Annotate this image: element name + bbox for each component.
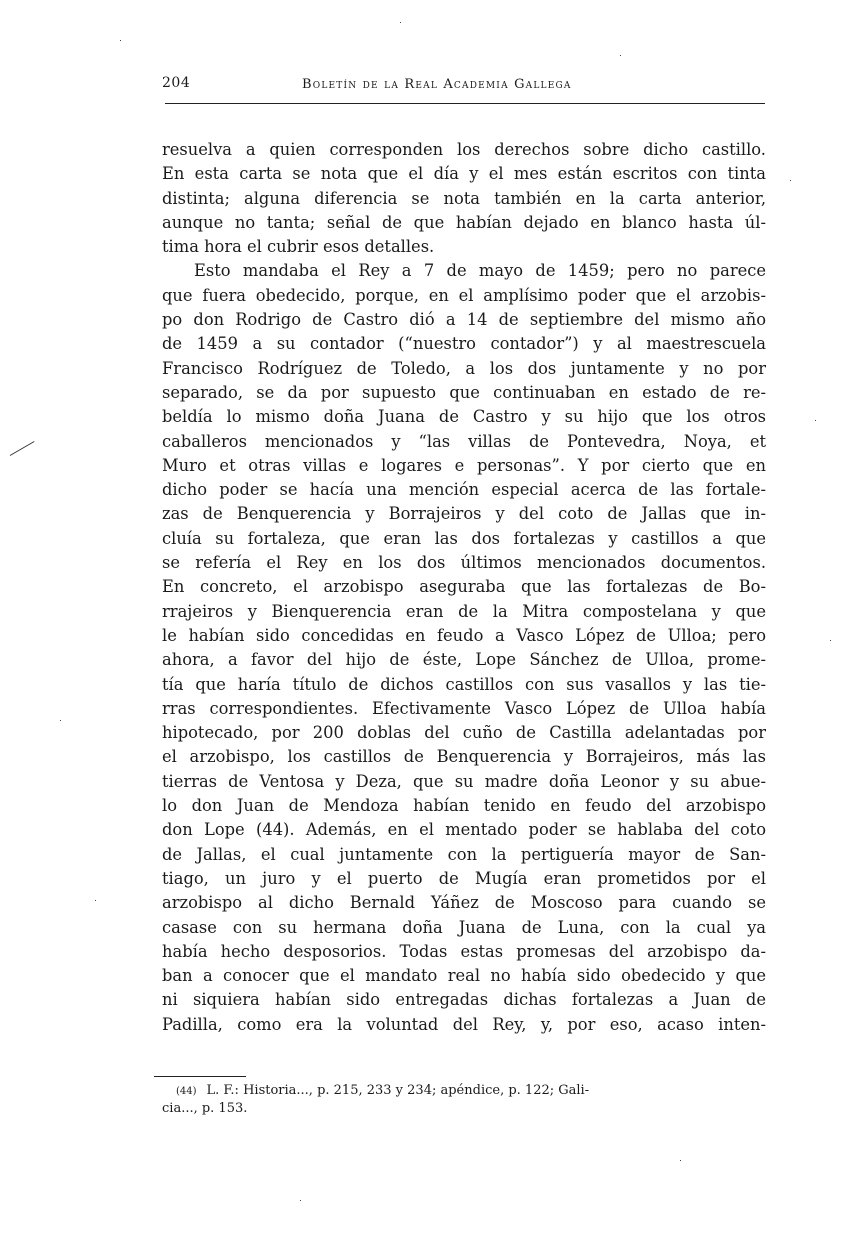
- text-line: cluía su fortaleza, que eran las dos for…: [162, 527, 766, 551]
- running-head: 204 Boletín de la Real Academia Gallega: [162, 75, 767, 97]
- text-line: ahora, a favor del hijo de éste, Lope Sá…: [162, 648, 766, 672]
- text-line: casase con su hermana doña Juana de Luna…: [162, 916, 766, 940]
- text-line: rrajeiros y Bienquerencia eran de la Mit…: [162, 600, 766, 624]
- text-line: zas de Benquerencia y Borrajeiros y del …: [162, 502, 766, 526]
- scan-speckle: [620, 55, 621, 56]
- journal-title: Boletín de la Real Academia Gallega: [302, 77, 572, 92]
- text-line: beldía lo mismo doña Juana de Castro y s…: [162, 405, 766, 429]
- paragraph-start-line: Esto mandaba el Rey a 7 de mayo de 1459;…: [162, 259, 766, 283]
- text-line: le habían sido concedidas en feudo a Vas…: [162, 624, 766, 648]
- footnotes: (44)L. F.: Historia..., p. 215, 233 y 23…: [162, 1082, 766, 1117]
- header-rule: [165, 103, 765, 104]
- text-line: dicho poder se hacía una mención especia…: [162, 478, 766, 502]
- text-line: ni siquiera habían sido entregadas dicha…: [162, 988, 766, 1012]
- scan-speckle: [120, 40, 121, 41]
- text-line: que fuera obedecido, porque, en el amplí…: [162, 284, 766, 308]
- text-line: tierras de Ventosa y Deza, que su madre …: [162, 770, 766, 794]
- text-line: arzobispo al dicho Bernald Yáñez de Mosc…: [162, 891, 766, 915]
- text-line: rras correspondientes. Efectivamente Vas…: [162, 697, 766, 721]
- text-line: resuelva a quien corresponden los derech…: [162, 138, 766, 162]
- text-line: Muro et otras villas e logares e persona…: [162, 454, 766, 478]
- text-line: don Lope (44). Además, en el mentado pod…: [162, 818, 766, 842]
- scan-speckle: [830, 640, 831, 641]
- text-line: En concreto, el arzobispo aseguraba que …: [162, 575, 766, 599]
- text-line: de Jallas, el cual juntamente con la per…: [162, 843, 766, 867]
- text-line: Padilla, como era la voluntad del Rey, y…: [162, 1013, 766, 1037]
- text-line: tiago, un juro y el puerto de Mugía eran…: [162, 867, 766, 891]
- scan-speckle: [680, 1160, 681, 1161]
- page-number: 204: [162, 75, 190, 91]
- text-line: caballeros mencionados y “las villas de …: [162, 430, 766, 454]
- text-line: En esta carta se nota que el día y el me…: [162, 162, 766, 186]
- footnote-marker: (44): [176, 1086, 197, 1097]
- text-line: Francisco Rodríguez de Toledo, a los dos…: [162, 357, 766, 381]
- text-line: hipotecado, por 200 doblas del cuño de C…: [162, 721, 766, 745]
- scan-speckle: [95, 900, 96, 901]
- text-line: separado, se da por supuesto que continu…: [162, 381, 766, 405]
- text-line: se refería el Rey en los dos últimos men…: [162, 551, 766, 575]
- body-text: resuelva a quien corresponden los derech…: [162, 138, 766, 1037]
- margin-pen-mark: [10, 441, 35, 456]
- scan-speckle: [300, 1200, 301, 1201]
- scan-speckle: [790, 180, 791, 181]
- text-line: distinta; alguna diferencia se nota tamb…: [162, 187, 766, 211]
- footnote-text: L. F.: Historia..., p. 215, 233 y 234; a…: [207, 1083, 590, 1098]
- footnote-rule: [154, 1076, 246, 1077]
- text-line: po don Rodrigo de Castro dió a 14 de sep…: [162, 308, 766, 332]
- scan-speckle: [60, 720, 61, 721]
- text-line: tima hora el cubrir esos detalles.: [162, 235, 766, 259]
- scan-speckle: [815, 420, 816, 421]
- footnote-continuation: cia..., p. 153.: [162, 1100, 766, 1117]
- text-line: había hecho desposorios. Todas estas pro…: [162, 940, 766, 964]
- text-line: tía que haría título de dichos castillos…: [162, 673, 766, 697]
- text-line: de 1459 a su contador (“nuestro contador…: [162, 332, 766, 356]
- footnote-44: (44)L. F.: Historia..., p. 215, 233 y 23…: [162, 1082, 766, 1100]
- document-page: 204 Boletín de la Real Academia Gallega …: [0, 0, 850, 1258]
- text-line: lo don Juan de Mendoza habían tenido en …: [162, 794, 766, 818]
- scan-speckle: [400, 22, 401, 23]
- text-line: aunque no tanta; señal de que habían dej…: [162, 211, 766, 235]
- text-line: ban a conocer que el mandato real no hab…: [162, 964, 766, 988]
- text-line: el arzobispo, los castillos de Benqueren…: [162, 745, 766, 769]
